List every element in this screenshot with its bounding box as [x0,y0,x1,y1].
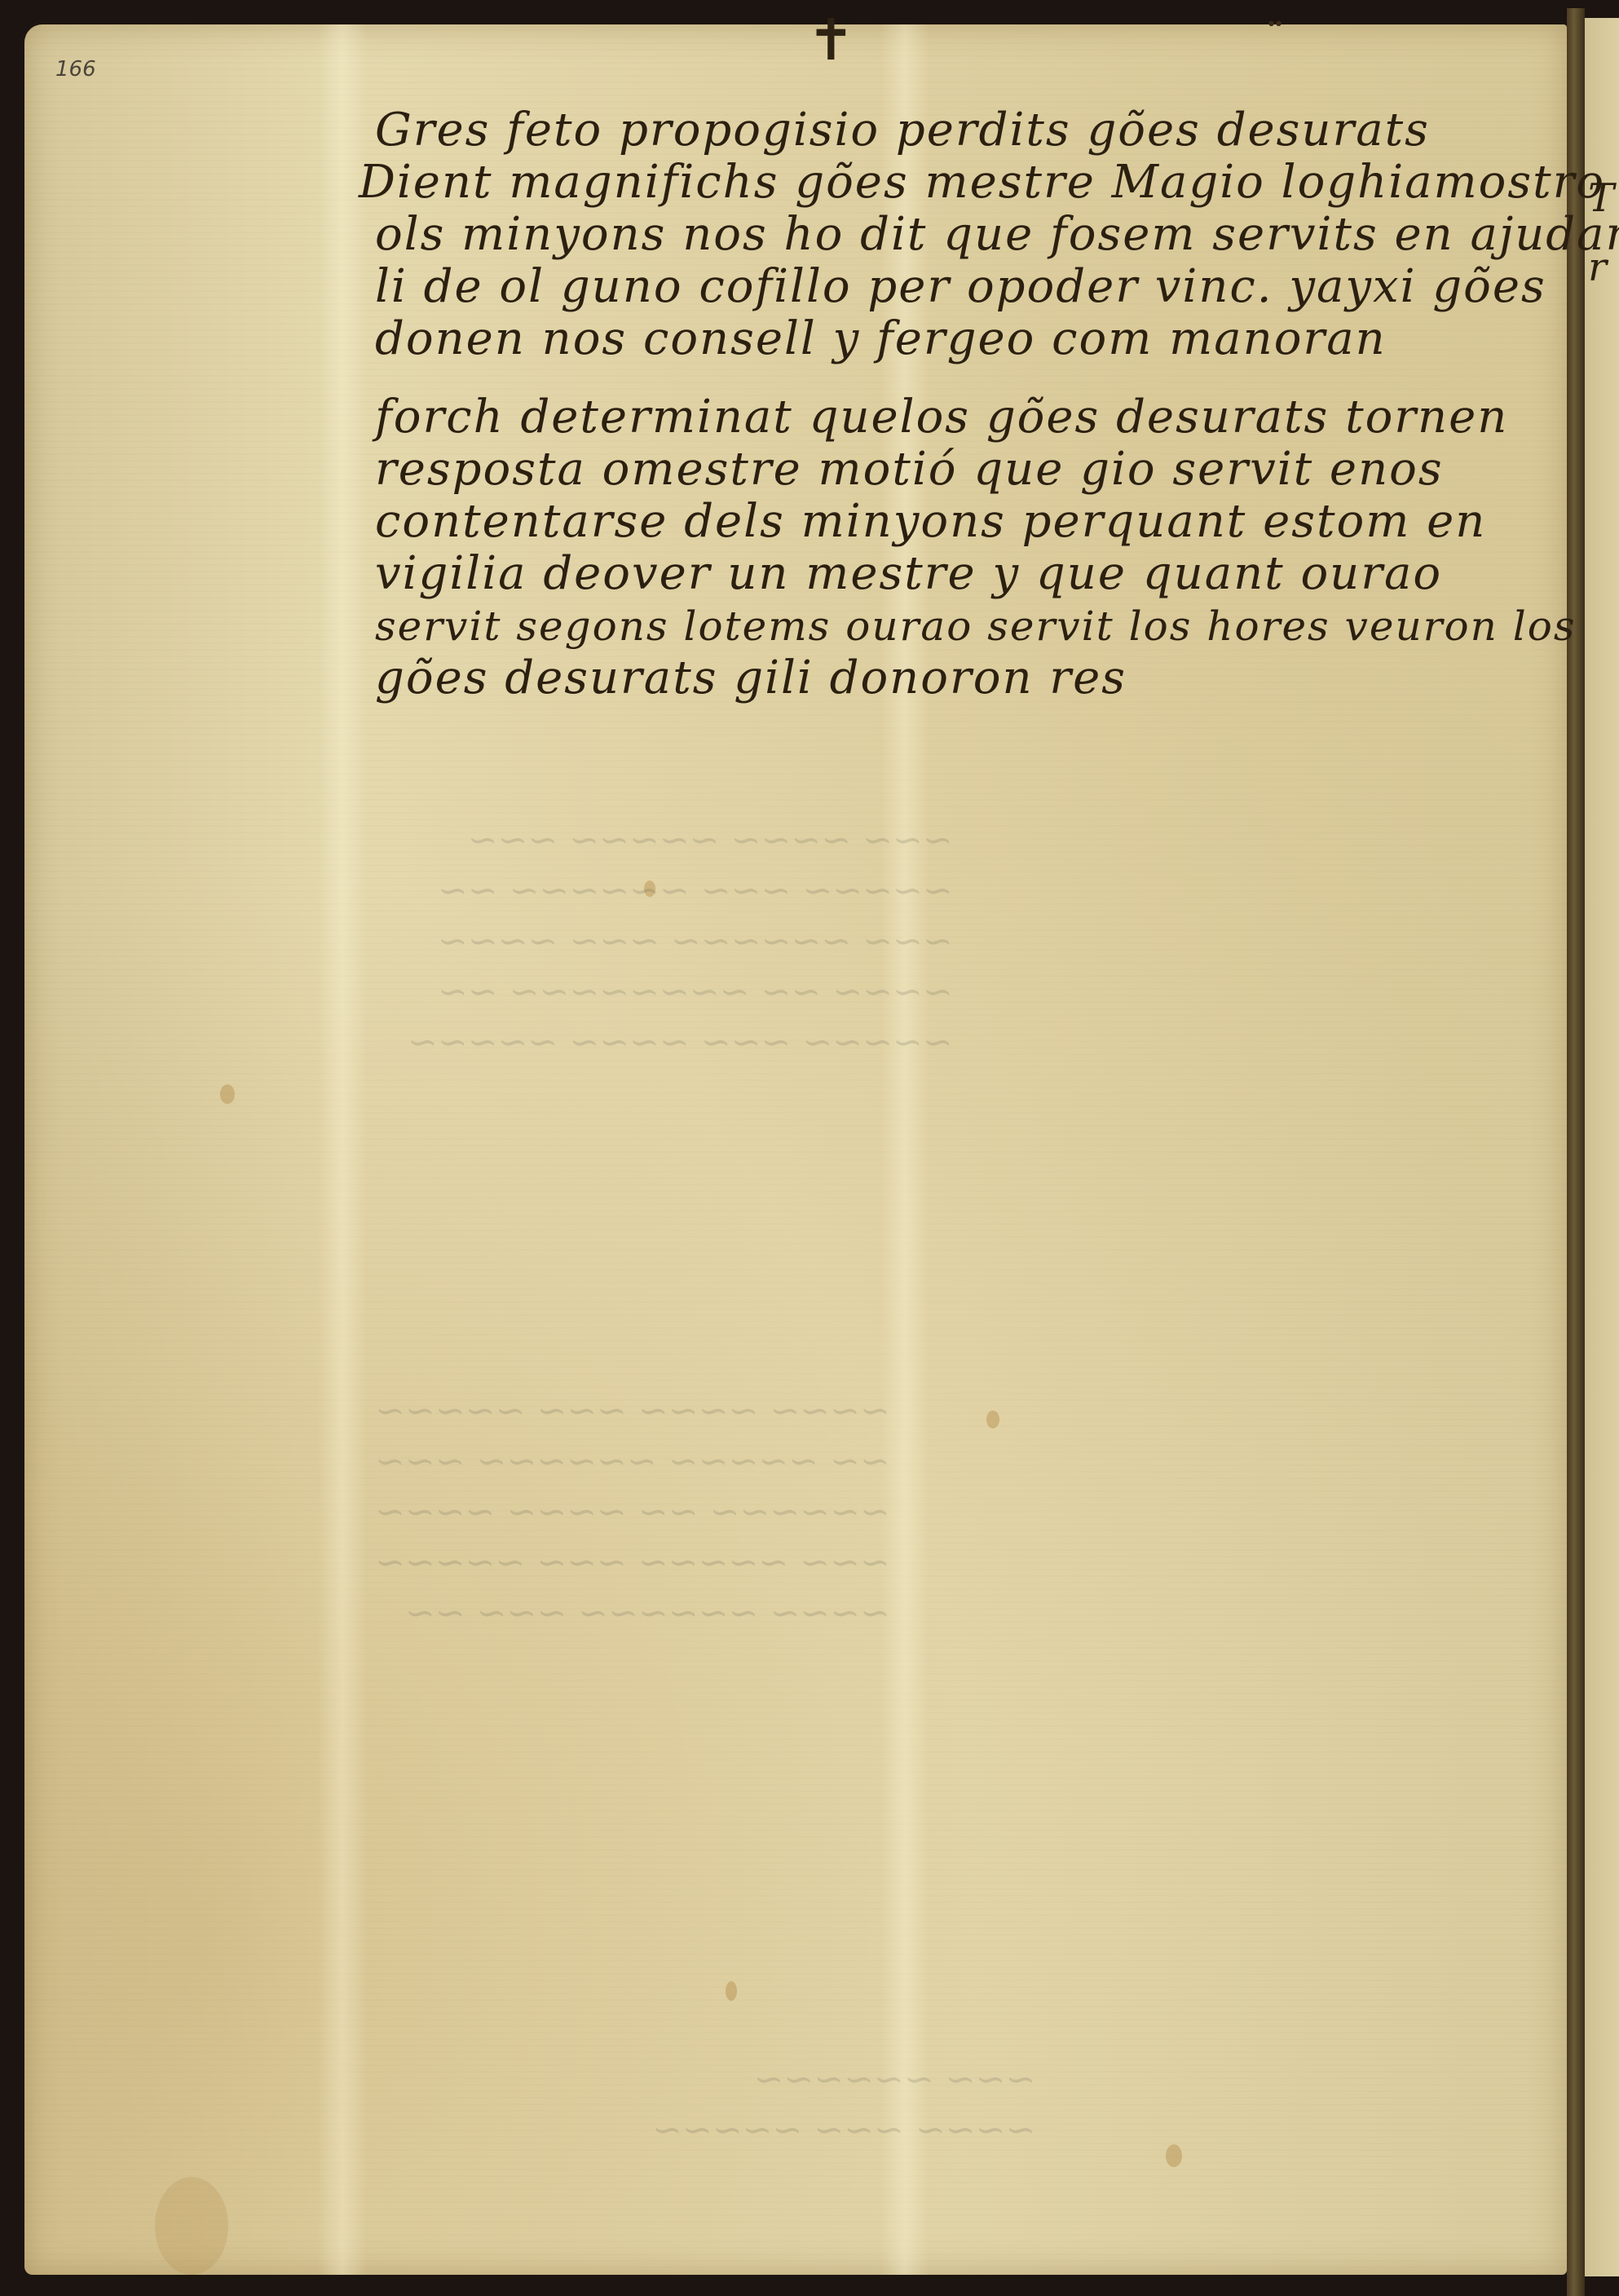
foxing-stain [726,1981,737,2001]
foxing-stain [1166,2144,1182,2167]
text-line: vigilia deover un mestre y que quant our… [375,548,1577,600]
text-line: Dient magnifichs gões mestre Magio loghi… [359,157,1619,209]
cross-mark-icon: ✝ [807,7,855,73]
paragraph-2: forch determinat quelos gões desurats to… [375,391,1577,704]
text-line: servit segons lotems ourao servit los ho… [375,600,1577,652]
text-line: contentarse dels minyons perquant estom … [375,496,1577,548]
text-line: resposta omestre motió que gio servit en… [375,444,1577,496]
water-stain [155,2177,228,2275]
bleed-through-text: ~~~ ~~~~~~~~~~ ~~~ ~~~~~ [652,2055,1035,2156]
foxing-stain [986,1411,999,1428]
ink-dots-mark: •• [1266,15,1281,35]
text-line: forch determinat quelos gões desurats to… [375,391,1577,444]
bleed-through-text: ~~~ ~~~~ ~~~~~ ~~~~~~~~ ~~~ ~~~~~~ ~~~~~… [408,815,953,1068]
paper-fold [318,24,367,2275]
text-line: Gres feto propogisio perdits gões desura… [375,104,1619,157]
text-line: gões desurats gili donoron res [375,652,1577,704]
foxing-stain [220,1084,235,1104]
text-line: li de ol guno cofillo per opoder vinc. y… [375,261,1619,313]
folio-number: 166 [55,57,96,82]
paragraph-1: Gres feto propogisio perdits gões desura… [375,104,1619,365]
bleed-through-text: ~~~~ ~~~~ ~~~ ~~~~~~~ ~~~~~ ~~~~~~ ~~~~~… [375,1386,890,1639]
text-line: ols minyons nos ho dit que fosem servits… [375,209,1619,261]
text-line: donen nos consell y fergeo com manoran [375,313,1619,365]
